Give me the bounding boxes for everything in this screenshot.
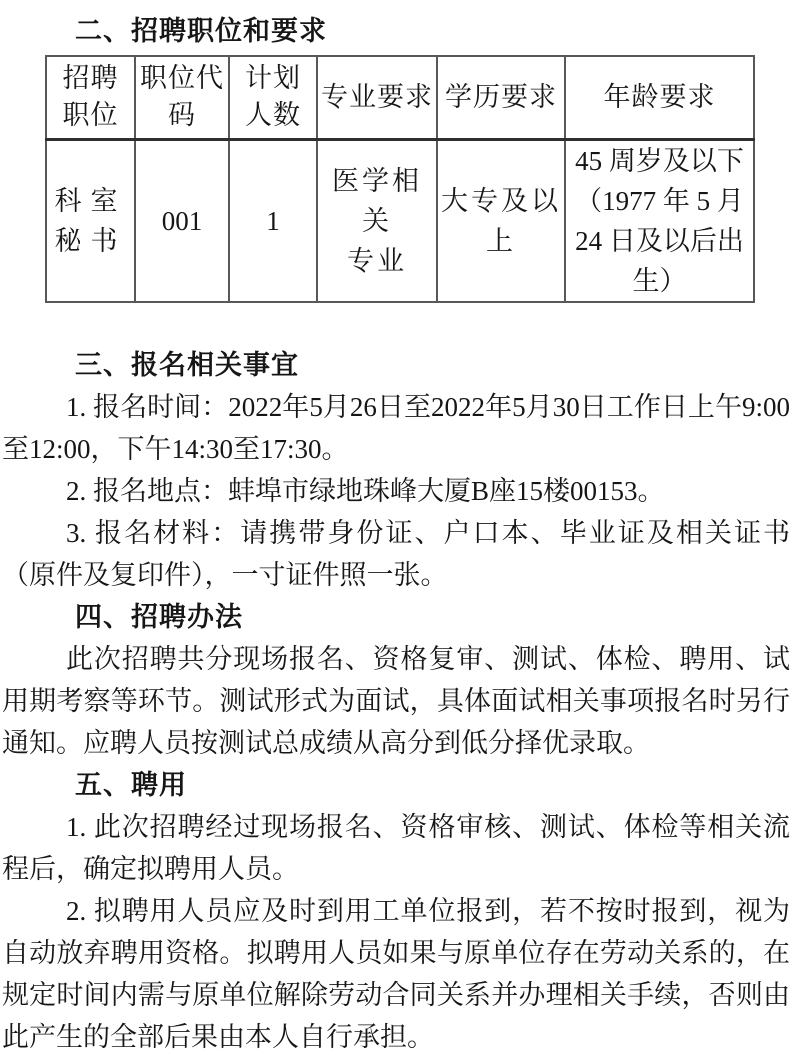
table-header-row: 招聘 职位 职位代 码 计划 人数 专业要求 学历要求 年龄要求 [46, 56, 754, 139]
section-heading-positions: 二、招聘职位和要求 [0, 0, 800, 52]
para-registration-time: 1. 报名时间：2022年5月26日至2022年5月30日工作日上午9:00至1… [0, 386, 800, 470]
section-heading-registration: 三、报名相关事宜 [0, 344, 800, 386]
col-header-code: 职位代 码 [135, 56, 229, 139]
recruitment-notice-page: 二、招聘职位和要求 招聘 职位 职位代 码 计划 人数 专业要求 学历要求 年龄… [0, 0, 800, 1055]
document-body: 三、报名相关事宜 1. 报名时间：2022年5月26日至2022年5月30日工作… [0, 344, 800, 1055]
table-row: 科室 秘书 001 1 医学相关 专业 大专及以 上 45 周岁及以下 （197… [46, 139, 754, 302]
col-header-headcount: 计划 人数 [229, 56, 317, 139]
section-heading-method: 四、招聘办法 [0, 596, 800, 638]
section-heading-employment: 五、聘用 [0, 764, 800, 806]
cell-headcount: 1 [229, 139, 317, 302]
para-registration-place: 2. 报名地点：蚌埠市绿地珠峰大厦B座15楼00153。 [0, 470, 800, 512]
col-header-age: 年龄要求 [565, 56, 754, 139]
col-header-education: 学历要求 [437, 56, 565, 139]
para-employment-1: 1. 此次招聘经过现场报名、资格审核、测试、体检等相关流程后，确定拟聘用人员。 [0, 806, 800, 890]
positions-table: 招聘 职位 职位代 码 计划 人数 专业要求 学历要求 年龄要求 科室 秘书 0… [45, 55, 755, 303]
col-header-major: 专业要求 [317, 56, 437, 139]
cell-code: 001 [135, 139, 229, 302]
para-method: 此次招聘共分现场报名、资格复审、测试、体检、聘用、试用期考察等环节。测试形式为面… [0, 638, 800, 764]
para-employment-2: 2. 拟聘用人员应及时到用工单位报到，若不按时报到，视为自动放弃聘用资格。拟聘用… [0, 890, 800, 1055]
cell-education: 大专及以 上 [437, 139, 565, 302]
cell-major: 医学相关 专业 [317, 139, 437, 302]
para-registration-materials: 3. 报名材料：请携带身份证、户口本、毕业证及相关证书（原件及复印件），一寸证件… [0, 512, 800, 596]
cell-age: 45 周岁及以下 （1977 年 5 月 24 日及以后出 生） [565, 139, 754, 302]
cell-position: 科室 秘书 [46, 139, 135, 302]
col-header-position: 招聘 职位 [46, 56, 135, 139]
